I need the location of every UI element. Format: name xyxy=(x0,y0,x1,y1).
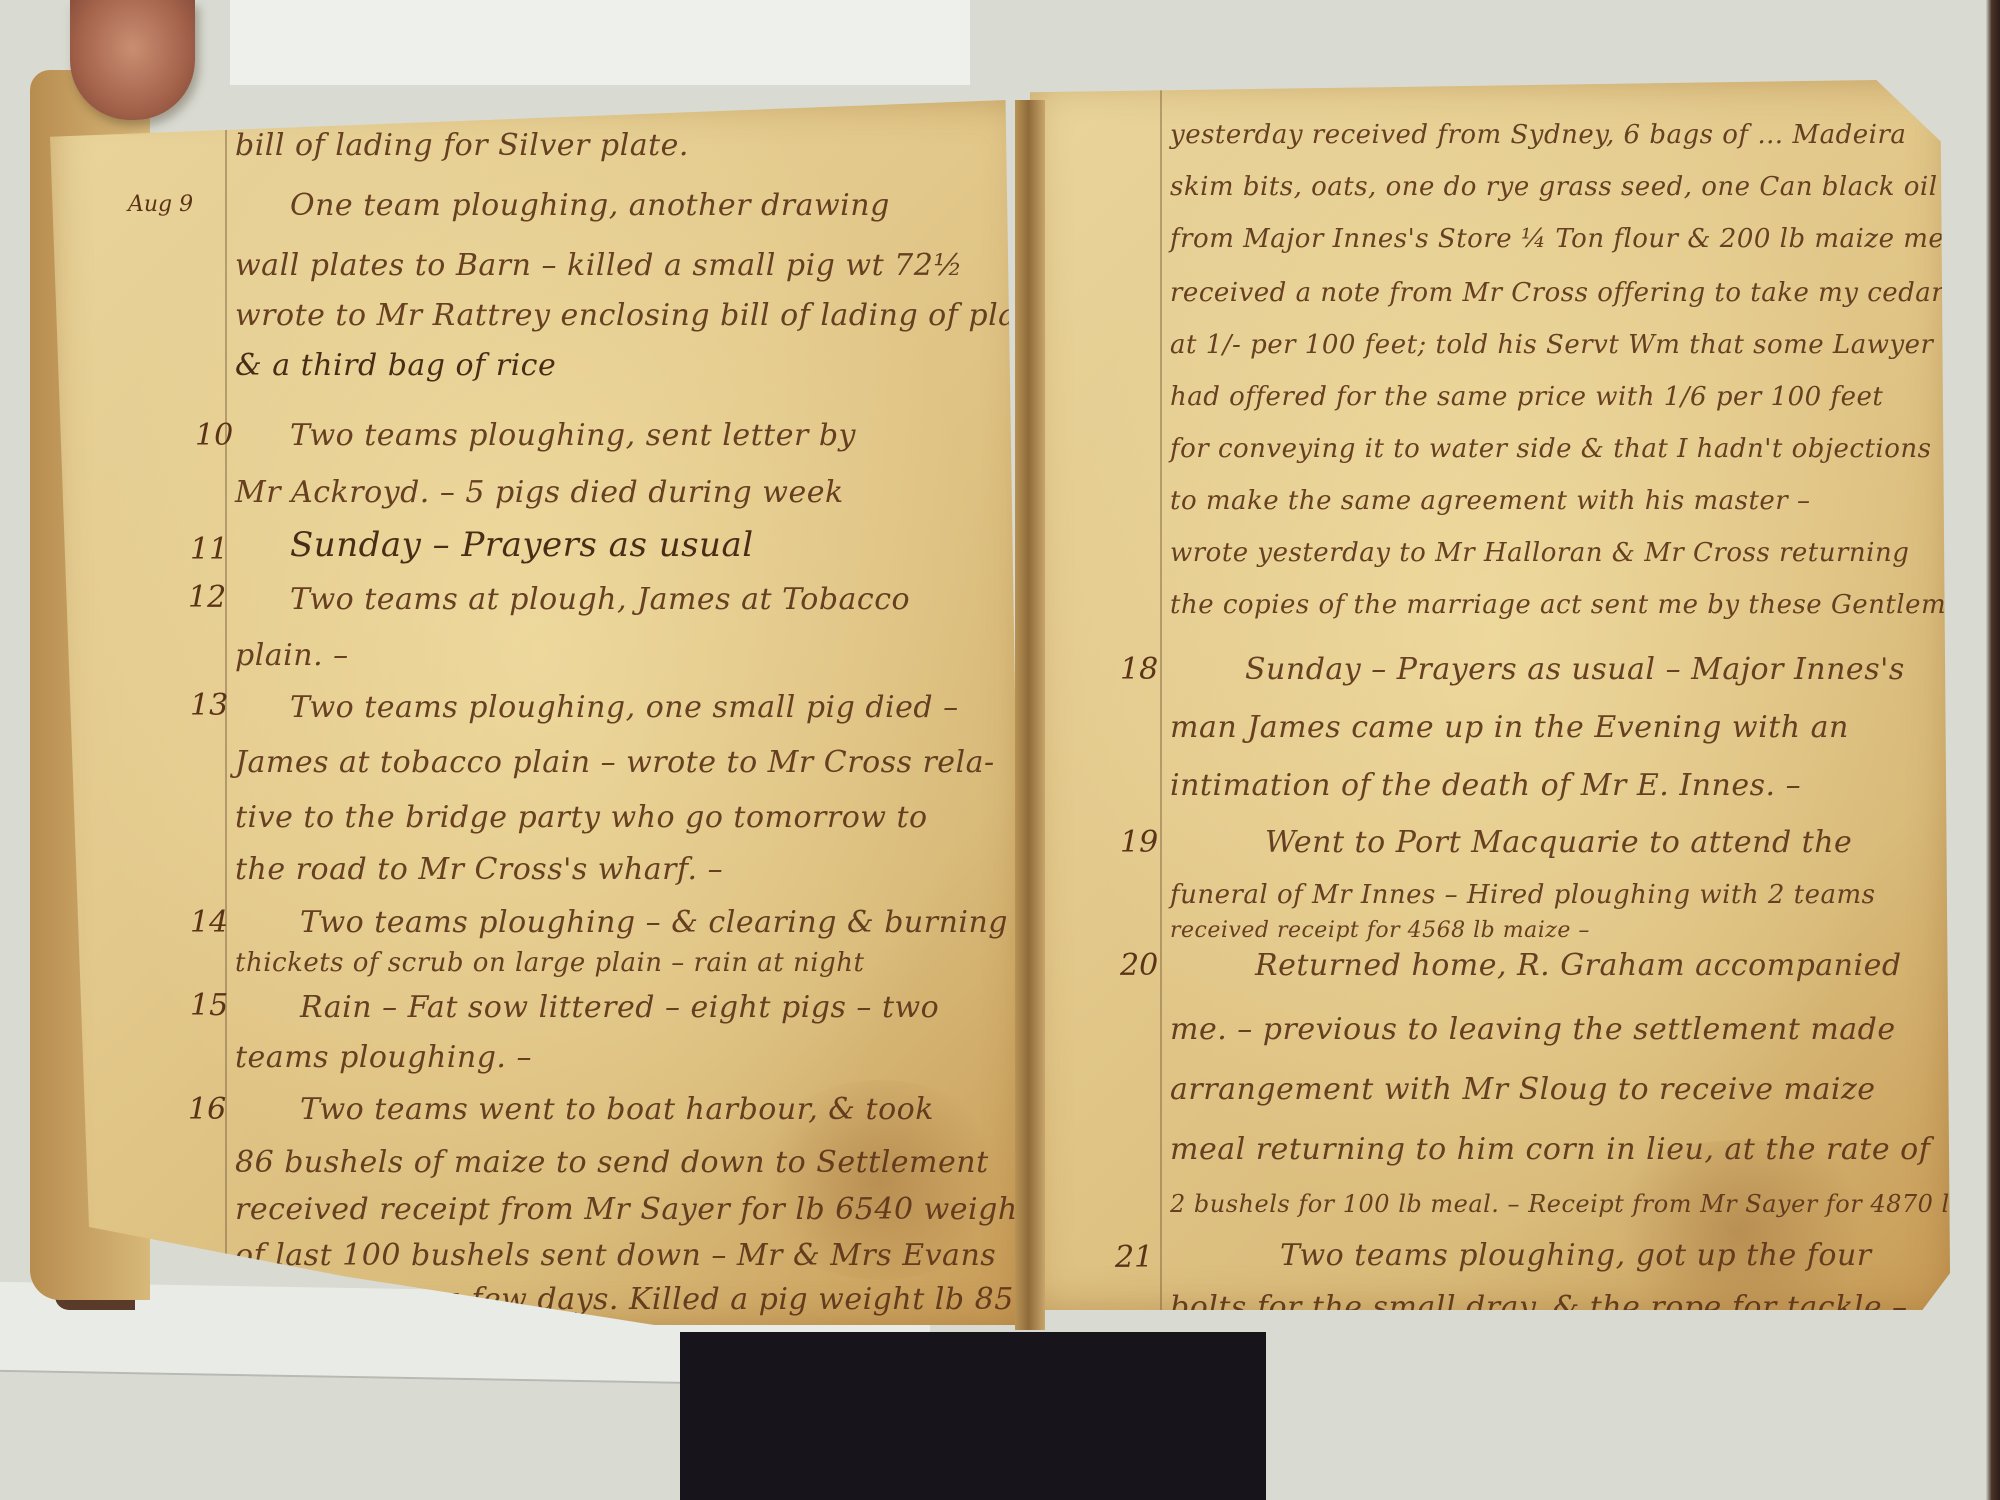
margin-rule xyxy=(1160,80,1162,1310)
date-label: 21 xyxy=(1115,1240,1153,1275)
date-label: 19 xyxy=(1120,825,1158,860)
diary-line: from Major Innes's Store ¼ Ton flour & 2… xyxy=(1170,224,1950,254)
diary-line: teams ploughing. – xyxy=(235,1040,532,1075)
diary-line: One team ploughing, another drawing xyxy=(290,188,890,223)
diary-line: wrote yesterday to Mr Halloran & Mr Cros… xyxy=(1170,538,1909,568)
diary-line: Two teams ploughing, one small pig died … xyxy=(290,690,959,725)
date-label: Aug 9 xyxy=(128,192,193,217)
date-label: 16 xyxy=(188,1092,226,1127)
open-diary: … bill of lading for Silver plate. Aug 9… xyxy=(30,60,1960,1330)
diary-line: 86 bushels of maize to send down to Sett… xyxy=(235,1145,989,1180)
diary-line: intimation of the death of Mr E. Innes. … xyxy=(1170,768,1801,803)
diary-line: the road to Mr Cross's wharf. – xyxy=(235,852,723,887)
diary-line: Two teams ploughing, sent letter by xyxy=(290,418,856,453)
background-right-edge xyxy=(1986,0,2000,1500)
diary-line: tive to the bridge party who go tomorrow… xyxy=(235,800,928,835)
diary-line: plain. – xyxy=(235,638,349,673)
diary-line: Sunday – Prayers as usual – Major Innes'… xyxy=(1245,652,1905,687)
diary-line: James at tobacco plain – wrote to Mr Cro… xyxy=(235,745,995,780)
diary-line: me. – previous to leaving the settlement… xyxy=(1170,1012,1896,1047)
diary-line: received receipt from Mr Sayer for lb 65… xyxy=(235,1192,1025,1227)
diary-line: Rain – Fat sow littered – eight pigs – t… xyxy=(300,990,939,1025)
diary-line: at 1/- per 100 feet; told his Servt Wm t… xyxy=(1170,330,1933,360)
diary-line: Two teams ploughing, got up the four xyxy=(1280,1238,1872,1273)
diary-line: Two teams ploughing – & clearing & burni… xyxy=(300,905,1008,940)
black-card xyxy=(680,1332,1266,1500)
date-label: 14 xyxy=(190,905,228,940)
diary-line: wrote to Mr Rattrey enclosing bill of la… xyxy=(235,298,1025,333)
diary-line: wall plates to Barn – killed a small pig… xyxy=(235,248,963,283)
diary-line: Two teams went to boat harbour, & took xyxy=(300,1092,934,1127)
diary-line: on a visit for a few days. Killed a pig … xyxy=(235,1282,1014,1317)
diary-line: received receipt for 4568 lb maize – xyxy=(1170,918,1590,943)
diary-line: & a third bag of rice xyxy=(235,348,556,383)
diary-line: received a note from Mr Cross offering t… xyxy=(1170,278,1944,308)
diary-line: Returned home, R. Graham accompanied xyxy=(1255,948,1902,983)
header-fragment: … xyxy=(215,100,238,123)
diary-line: the copies of the marriage act sent me b… xyxy=(1170,590,1950,620)
diary-line: meal returning to him corn in lieu, at t… xyxy=(1170,1132,1930,1167)
date-label: 11 xyxy=(190,532,228,567)
diary-line: Two teams at plough, James at Tobacco xyxy=(290,582,910,617)
diary-line: of last 100 bushels sent down – Mr & Mrs… xyxy=(235,1238,996,1273)
date-label: 18 xyxy=(1120,652,1158,687)
date-label: 10 xyxy=(195,418,233,453)
diary-line: Went to Port Macquarie to attend the xyxy=(1265,825,1852,860)
diary-line: skim bits, oats, one do rye grass seed, … xyxy=(1170,172,1938,202)
diary-line: bill of lading for Silver plate. xyxy=(235,128,689,163)
date-label: 13 xyxy=(190,688,228,723)
diary-line: Mr Ackroyd. – 5 pigs died during week xyxy=(235,475,844,510)
diary-line: yesterday received from Sydney, 6 bags o… xyxy=(1170,120,1906,150)
date-label: 15 xyxy=(190,988,228,1023)
diary-line: to make the same agreement with his mast… xyxy=(1170,486,1811,516)
holding-finger xyxy=(70,0,195,120)
diary-line: for conveying it to water side & that I … xyxy=(1170,434,1931,464)
diary-line: 2 bushels for 100 lb meal. – Receipt fro… xyxy=(1170,1190,1950,1218)
diary-line: arrangement with Mr Sloug to receive mai… xyxy=(1170,1072,1876,1107)
diary-line: thickets of scrub on large plain – rain … xyxy=(235,948,864,978)
diary-line: funeral of Mr Innes – Hired ploughing wi… xyxy=(1170,880,1875,910)
right-page: yesterday received from Sydney, 6 bags o… xyxy=(1030,80,1950,1310)
diary-line: Sunday – Prayers as usual xyxy=(290,525,754,565)
book-gutter xyxy=(1015,100,1045,1330)
diary-line: bolts for the small dray, & the rope for… xyxy=(1170,1290,1908,1310)
left-page: … bill of lading for Silver plate. Aug 9… xyxy=(50,100,1025,1325)
diary-line: man James came up in the Evening with an xyxy=(1170,710,1849,745)
date-label: 12 xyxy=(188,580,226,615)
date-label: 20 xyxy=(1120,948,1158,983)
diary-line: had offered for the same price with 1/6 … xyxy=(1170,382,1883,412)
